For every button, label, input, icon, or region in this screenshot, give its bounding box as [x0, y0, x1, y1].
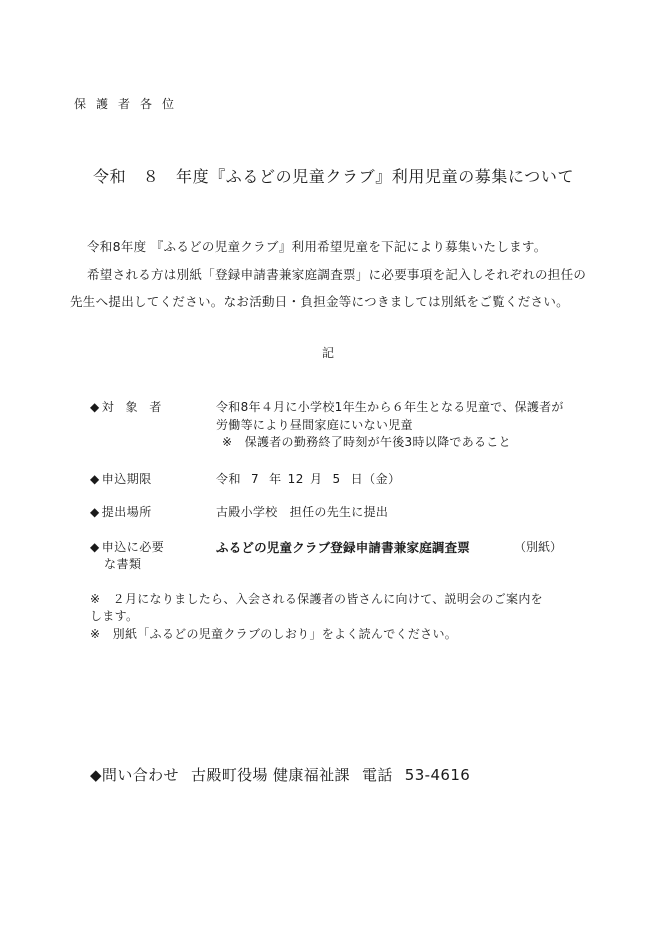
note-briefing-line-2: します。 [90, 607, 138, 624]
item-label-target: ◆対 象 者 [90, 398, 165, 415]
note-briefing-line-1: ※ ２月になりましたら、入会される保護者の皆さんに向けて、説明会のご案内を [90, 590, 543, 607]
contact-info: ◆問い合わせ古殿町役場健康福祉課電話53-4616 [90, 764, 470, 785]
item-label-deadline: ◆申込期限 [90, 470, 152, 487]
item-value-target-line-2: 労働等により昼間家庭にいない児童 [216, 416, 413, 433]
diamond-bullet-icon: ◆ [90, 472, 100, 486]
contact-phone-label: 電話 [362, 766, 393, 784]
item-value-required-documents-note: （別紙） [514, 538, 562, 555]
diamond-bullet-icon: ◆ [90, 540, 100, 554]
note-guidebook: ※ 別紙「ふるどの児童クラブのしおり」をよく読んでください。 [90, 625, 457, 642]
document-title: 令和 ８ 年度『ふるどの児童クラブ』利用児童の募集について [93, 164, 574, 187]
item-value-deadline: 令和7年12月5日（金） [216, 470, 401, 487]
contact-office: 古殿町役場 [191, 766, 268, 784]
addressee: 保護者各位 [74, 95, 184, 112]
ki-heading: 記 [322, 344, 334, 361]
item-label-required-documents: ◆申込に必要 [90, 538, 164, 555]
contact-label: ◆問い合わせ [90, 766, 179, 784]
contact-phone: 53-4616 [405, 766, 470, 784]
diamond-bullet-icon: ◆ [90, 505, 100, 519]
item-label-required-documents-line-2: な書類 [104, 555, 142, 572]
intro-paragraph-line-1: 令和8年度 『ふるどの児童クラブ』利用希望児童を下記により募集いたします。 [87, 237, 547, 255]
diamond-bullet-icon: ◆ [90, 400, 100, 414]
item-value-submission-place: 古殿小学校 担任の先生に提出 [216, 503, 388, 520]
item-label-submission-place: ◆提出場所 [90, 503, 152, 520]
intro-paragraph-line-3: 先生へ提出してください。なお活動日・負担金等につきましては別紙をご覧ください。 [70, 292, 569, 310]
contact-department: 健康福祉課 [273, 766, 350, 784]
item-value-target-note: ※ 保護者の勤務終了時刻が午後3時以降であること [222, 433, 511, 450]
intro-paragraph-line-2: 希望される方は別紙「登録申請書兼家庭調査票」に必要事項を記入しそれぞれの担任の [87, 265, 586, 283]
item-value-target-line-1: 令和8年４月に小学校1年生から６年生となる児童で、保護者が [216, 398, 564, 415]
item-value-required-documents: ふるどの児童クラブ登録申請書兼家庭調査票 [216, 538, 470, 556]
